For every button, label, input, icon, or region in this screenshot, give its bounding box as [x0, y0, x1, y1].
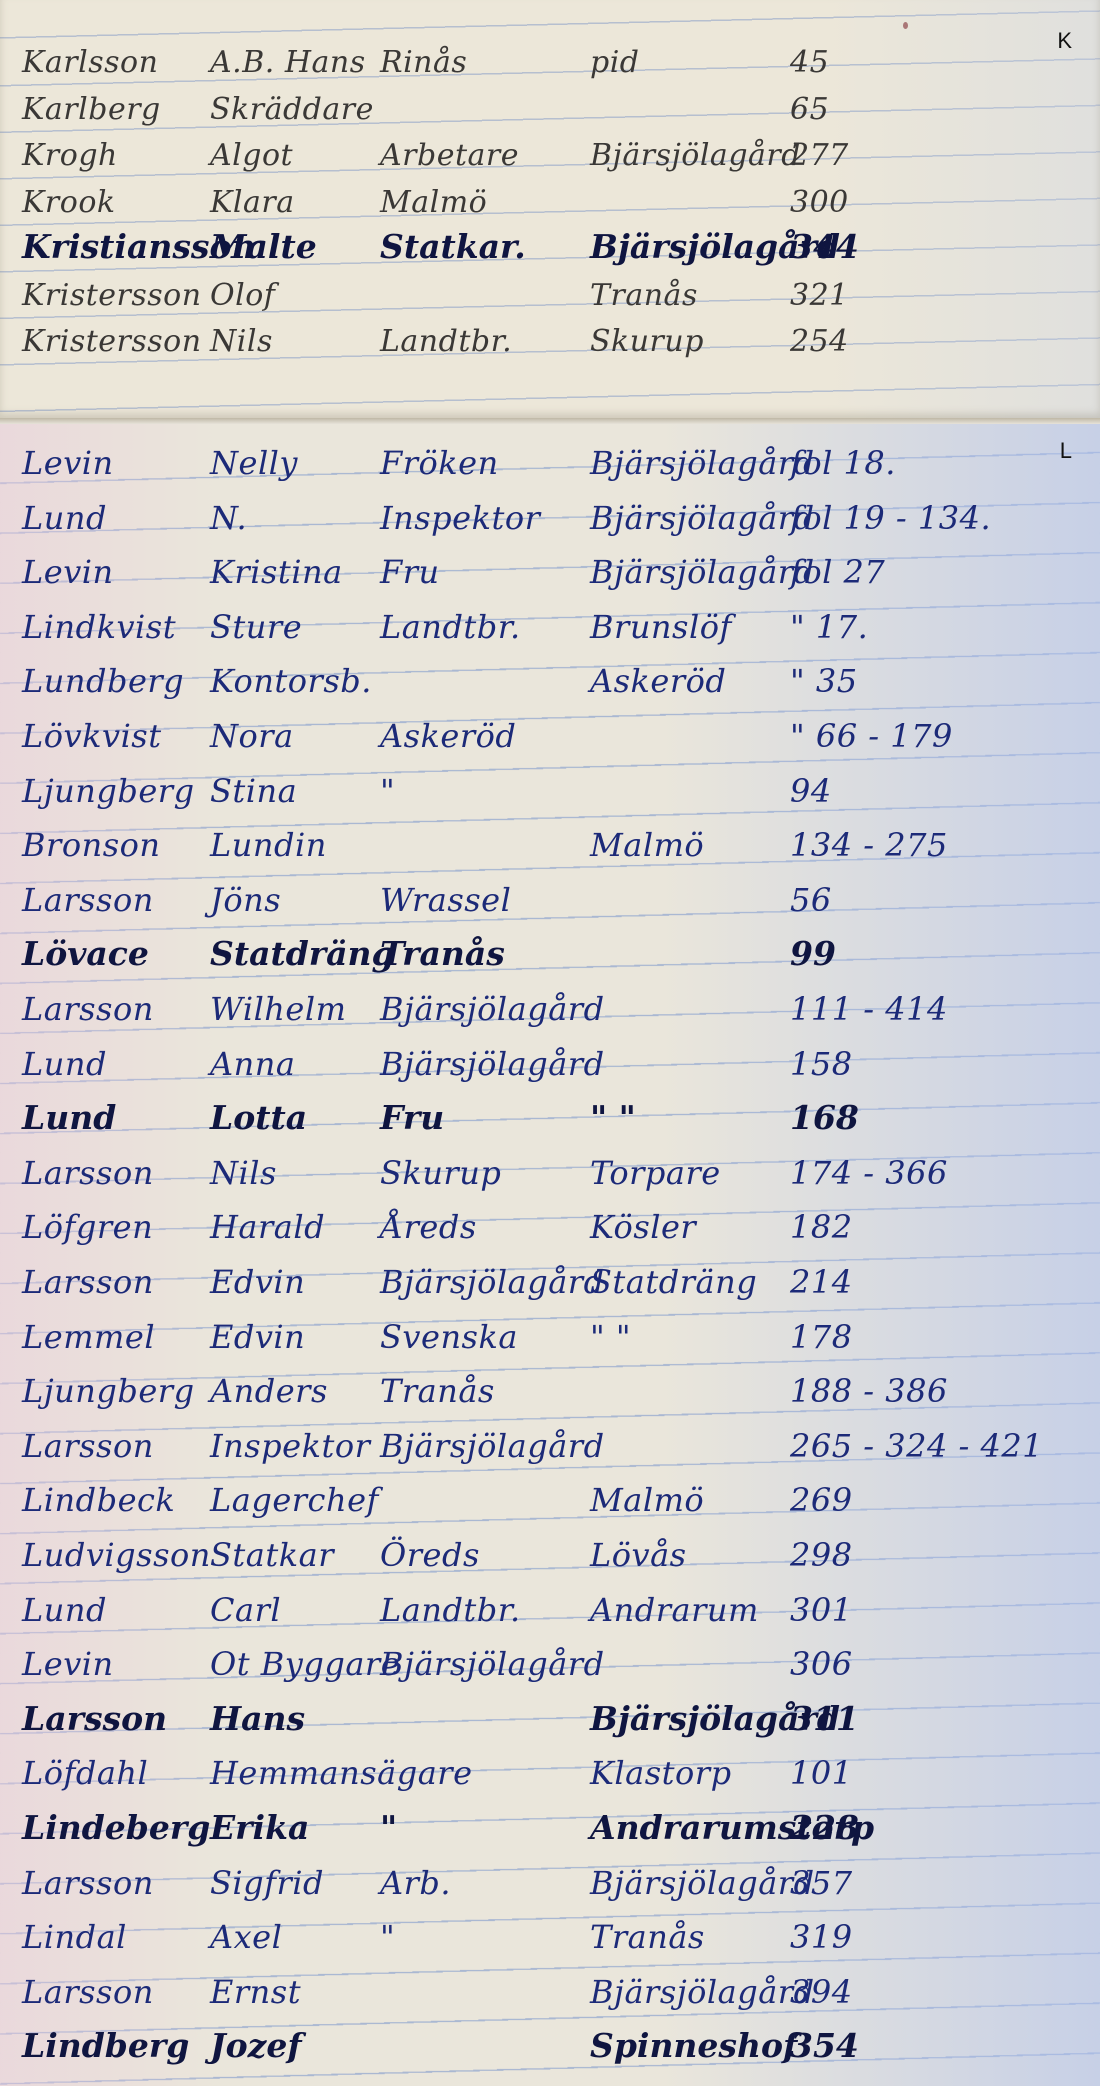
- entry-given: N.: [210, 499, 247, 537]
- entry-title: Tranås: [380, 1372, 495, 1410]
- entry-surname: Larsson: [22, 1864, 154, 1902]
- register-entry: LarssonEdvinBjärsjölagårdStatdräng214: [0, 1257, 1100, 1307]
- entry-place: Statdräng: [590, 1263, 757, 1301]
- register-entry: LöfdahlHemmansägareKlastorp101: [0, 1748, 1100, 1798]
- entry-given: Jöns: [210, 881, 281, 919]
- entry-surname: Lindberg: [22, 2026, 189, 2065]
- register-entry: LindebergErika"Andrarumstorp228: [0, 1803, 1100, 1853]
- entry-place: Askeröd: [590, 662, 726, 700]
- entry-given: Harald: [210, 1208, 325, 1246]
- register-entry: KarlssonA.B. HansRinåspid45: [0, 36, 1100, 86]
- entry-ref: 45: [790, 45, 829, 80]
- entry-surname: Levin: [22, 1645, 114, 1683]
- entry-given: Nils: [210, 324, 273, 359]
- register-entry: LundAnnaBjärsjölagård158: [0, 1039, 1100, 1089]
- entry-ref: 298: [790, 1536, 853, 1574]
- entry-ref: 56: [790, 881, 832, 919]
- entry-given: Olof: [210, 278, 275, 313]
- entry-place: Brunslöf: [590, 608, 732, 646]
- register-entry: LjungbergStina"94: [0, 766, 1100, 816]
- entry-place: Malmö: [590, 826, 704, 864]
- register-entry: LevinKristinaFruBjärsjölagårdfol 27: [0, 547, 1100, 597]
- register-entry: LarssonInspektorBjärsjölagård265 - 324 -…: [0, 1421, 1100, 1471]
- entry-surname: Larsson: [22, 1263, 154, 1301]
- entry-surname: Krogh: [22, 138, 118, 173]
- entry-given: Wilhelm: [210, 990, 346, 1028]
- entry-title: Bjärsjölagård: [380, 1427, 605, 1465]
- register-entry: LarssonNilsSkurupTorpare174 - 366: [0, 1148, 1100, 1198]
- entry-ref: 265 - 324 - 421: [790, 1427, 1043, 1465]
- entry-given: Jozef: [210, 2026, 302, 2065]
- entry-surname: Lund: [22, 1098, 116, 1137]
- entry-ref: 178: [790, 1318, 853, 1356]
- entry-title: Landtbr.: [380, 1591, 521, 1629]
- entry-place: Spinneshof: [590, 2026, 797, 2065]
- entry-title: ": [380, 1918, 395, 1956]
- entry-given: Algot: [210, 138, 293, 173]
- entry-surname: Lemmel: [22, 1318, 155, 1356]
- entry-surname: Larsson: [22, 1154, 154, 1192]
- entry-given: Klara: [210, 185, 295, 220]
- entry-surname: Ludvigsson: [22, 1536, 211, 1574]
- register-entry: LundCarlLandtbr.Andrarum301: [0, 1585, 1100, 1635]
- entry-given: Kristina: [210, 553, 343, 591]
- entry-title: Inspektor: [380, 499, 540, 537]
- entry-surname: Bronson: [22, 826, 160, 864]
- entry-ref: 269: [790, 1481, 853, 1519]
- register-entry: KristerssonOlofTranås321: [0, 269, 1100, 319]
- entry-ref: 300: [790, 185, 849, 220]
- entry-surname: Krook: [22, 185, 116, 220]
- entry-given: Edvin: [210, 1263, 305, 1301]
- entry-ref: 101: [790, 1754, 853, 1792]
- entry-ref: 111 - 414: [790, 990, 948, 1028]
- register-entry: KrookKlaraMalmö300: [0, 176, 1100, 226]
- entry-ref: 311: [790, 1699, 859, 1738]
- register-entry: LundN.InspektorBjärsjölagårdfol 19 - 134…: [0, 493, 1100, 543]
- register-entry: LarssonHansBjärsjölagård311: [0, 1694, 1100, 1744]
- entry-place: Lövås: [590, 1536, 687, 1574]
- entry-place: " ": [590, 1318, 631, 1356]
- entry-place: Skurup: [590, 324, 704, 359]
- entry-surname: Karlsson: [22, 45, 158, 80]
- entry-surname: Lövace: [22, 934, 149, 973]
- entry-title: Tranås: [380, 934, 505, 973]
- entry-surname: Larsson: [22, 990, 154, 1028]
- entry-given: Statkar: [210, 1536, 334, 1574]
- entry-place: Bjärsjölagård: [590, 444, 815, 482]
- entry-place: Torpare: [590, 1154, 721, 1192]
- register-entry: BronsonLundinMalmö134 - 275: [0, 820, 1100, 870]
- entry-ref: 188 - 386: [790, 1372, 948, 1410]
- register-entry: LundbergKontorsb.Askeröd" 35: [0, 656, 1100, 706]
- entry-given: Nils: [210, 1154, 277, 1192]
- register-entry: LevinOt ByggareBjärsjölagård306: [0, 1639, 1100, 1689]
- register-entry: LöfgrenHaraldÅredsKösler182: [0, 1202, 1100, 1252]
- entry-place: Bjärsjölagård: [590, 138, 801, 173]
- entry-surname: Lund: [22, 1591, 107, 1629]
- entry-ref: 319: [790, 1918, 853, 1956]
- entry-ref: 394: [790, 1973, 853, 2011]
- entry-place: Klastorp: [590, 1754, 732, 1792]
- entry-title: ": [380, 1808, 397, 1847]
- entry-surname: Karlberg: [22, 92, 161, 127]
- entry-ref: 99: [790, 934, 836, 973]
- entry-surname: Larsson: [22, 1699, 167, 1738]
- register-entry: LemmelEdvinSvenska" "178: [0, 1312, 1100, 1362]
- entry-given: Malte: [210, 227, 317, 266]
- entry-given: Lagerchef: [210, 1481, 379, 1519]
- entry-surname: Levin: [22, 553, 114, 591]
- entry-given: Anders: [210, 1372, 328, 1410]
- register-entry: LindbergJozefSpinneshof354: [0, 2021, 1100, 2071]
- entry-ref: 301: [790, 1591, 853, 1629]
- entry-place: pid: [590, 45, 640, 80]
- register-entry: LjungbergAndersTranås188 - 386: [0, 1366, 1100, 1416]
- entry-place: Tranås: [590, 278, 698, 313]
- entry-title: Öreds: [380, 1536, 480, 1574]
- entry-title: Bjärsjölagård: [380, 1263, 605, 1301]
- entry-given: Inspektor: [210, 1427, 370, 1465]
- entry-surname: Löfdahl: [22, 1754, 148, 1792]
- entry-place: Tranås: [590, 1918, 705, 1956]
- entry-surname: Lund: [22, 1045, 107, 1083]
- entry-place: Bjärsjölagård: [590, 1973, 815, 2011]
- entry-ref: 168: [790, 1098, 859, 1137]
- register-entry: KristerssonNilsLandtbr.Skurup254: [0, 315, 1100, 365]
- entry-given: Sture: [210, 608, 302, 646]
- entry-title: Fru: [380, 553, 440, 591]
- entry-surname: Ljungberg: [22, 1372, 195, 1410]
- entry-title: Svenska: [380, 1318, 518, 1356]
- entry-ref: 94: [790, 772, 832, 810]
- entry-ref: 228: [790, 1808, 859, 1847]
- entry-place: Malmö: [590, 1481, 704, 1519]
- entry-given: Hans: [210, 1699, 305, 1738]
- entry-ref: 158: [790, 1045, 853, 1083]
- entry-surname: Levin: [22, 444, 114, 482]
- entry-ref: 65: [790, 92, 829, 127]
- entry-given: Lundin: [210, 826, 327, 864]
- entry-surname: Lindal: [22, 1918, 127, 1956]
- entry-given: Edvin: [210, 1318, 305, 1356]
- register-entry: LarssonSigfridArb.Bjärsjölagård357: [0, 1858, 1100, 1908]
- entry-title: Rinås: [380, 45, 467, 80]
- entry-given: A.B. Hans: [210, 45, 366, 80]
- entry-ref: fol 18.: [790, 444, 896, 482]
- entry-given: Statdräng: [210, 934, 395, 973]
- register-entry: LudvigssonStatkarÖredsLövås298: [0, 1530, 1100, 1580]
- entry-surname: Lindkvist: [22, 608, 176, 646]
- entry-surname: Larsson: [22, 1427, 154, 1465]
- entry-title: Askeröd: [380, 717, 516, 755]
- entry-ref: 174 - 366: [790, 1154, 948, 1192]
- entry-surname: Lundberg: [22, 662, 184, 700]
- entry-ref: 134 - 275: [790, 826, 948, 864]
- entry-title: Landtbr.: [380, 324, 512, 359]
- entry-ref: 277: [790, 138, 849, 173]
- entry-title: Fru: [380, 1098, 444, 1137]
- entry-given: Nelly: [210, 444, 298, 482]
- entry-ref: 214: [790, 1263, 853, 1301]
- entry-given: Ot Byggare: [210, 1645, 400, 1683]
- register-entry: LarssonErnstBjärsjölagård394: [0, 1967, 1100, 2017]
- entry-ref: 254: [790, 324, 849, 359]
- entry-surname: Kristersson: [22, 278, 202, 313]
- entry-given: Anna: [210, 1045, 295, 1083]
- entry-given: Stina: [210, 772, 297, 810]
- register-entry: KroghAlgotArbetareBjärsjölagård277: [0, 129, 1100, 179]
- entry-surname: Lövkvist: [22, 717, 162, 755]
- entry-ref: fol 27: [790, 553, 885, 591]
- entry-surname: Kristersson: [22, 324, 202, 359]
- register-entry: LövaceStatdrängTranås99: [0, 929, 1100, 979]
- entry-given: Skräddare: [210, 92, 374, 127]
- entry-ref: " 66 - 179: [790, 717, 953, 755]
- entry-surname: Löfgren: [22, 1208, 153, 1246]
- entry-given: Lotta: [210, 1098, 307, 1137]
- entry-ref: 182: [790, 1208, 853, 1246]
- entry-given: Sigfrid: [210, 1864, 324, 1902]
- entry-surname: Larsson: [22, 881, 154, 919]
- register-entry: KristianssonMalteStatkar.Bjärsjölagård34…: [0, 222, 1100, 272]
- entry-title: Wrassel: [380, 881, 511, 919]
- entry-place: Bjärsjölagård: [590, 553, 815, 591]
- entry-title: ": [380, 772, 395, 810]
- entry-ref: " 35: [790, 662, 858, 700]
- entry-given: Axel: [210, 1918, 282, 1956]
- entry-title: Arbetare: [380, 138, 519, 173]
- entry-place: " ": [590, 1098, 636, 1137]
- entry-given: Nora: [210, 717, 294, 755]
- entry-place: Kösler: [590, 1208, 696, 1246]
- register-sheet-k: K KarlssonA.B. HansRinåspid45KarlbergSkr…: [0, 0, 1100, 420]
- paper-speck: [903, 22, 908, 29]
- entry-given: Erika: [210, 1808, 309, 1847]
- entry-title: Bjärsjölagård: [380, 1045, 605, 1083]
- entry-title: Bjärsjölagård: [380, 990, 605, 1028]
- register-entry: LarssonWilhelmBjärsjölagård111 - 414: [0, 984, 1100, 1034]
- entry-title: Bjärsjölagård: [380, 1645, 605, 1683]
- register-entry: LindkvistStureLandtbr.Brunslöf" 17.: [0, 602, 1100, 652]
- entry-ref: 354: [790, 2026, 859, 2065]
- entry-title: Åreds: [380, 1208, 477, 1246]
- entry-given: Ernst: [210, 1973, 301, 2011]
- register-entry: LevinNellyFrökenBjärsjölagårdfol 18.: [0, 438, 1100, 488]
- entry-ref: " 17.: [790, 608, 868, 646]
- entry-title: Fröken: [380, 444, 499, 482]
- entry-title: Statkar.: [380, 227, 526, 266]
- entry-place: Andrarum: [590, 1591, 759, 1629]
- entry-given: Hemmansägare: [210, 1754, 473, 1792]
- entry-ref: fol 19 - 134.: [790, 499, 991, 537]
- entry-ref: 344: [790, 227, 859, 266]
- register-entry: LarssonJönsWrassel56: [0, 875, 1100, 925]
- entry-surname: Larsson: [22, 1973, 154, 2011]
- register-entry: KarlbergSkräddare65: [0, 83, 1100, 133]
- entry-title: Arb.: [380, 1864, 451, 1902]
- entry-title: Landtbr.: [380, 608, 521, 646]
- register-entry: LundLottaFru" "168: [0, 1093, 1100, 1143]
- entry-ref: 321: [790, 278, 849, 313]
- entry-surname: Lund: [22, 499, 107, 537]
- entry-title: Skurup: [380, 1154, 501, 1192]
- entry-surname: Ljungberg: [22, 772, 195, 810]
- entry-given: Carl: [210, 1591, 281, 1629]
- register-entry: LövkvistNoraAskeröd" 66 - 179: [0, 711, 1100, 761]
- entry-ref: 357: [790, 1864, 853, 1902]
- register-entry: LindalAxel"Tranås319: [0, 1912, 1100, 1962]
- entry-surname: Lindeberg: [22, 1808, 210, 1847]
- entry-place: Bjärsjölagård: [590, 1864, 815, 1902]
- register-sheet-l: L LevinNellyFrökenBjärsjölagårdfol 18.Lu…: [0, 424, 1100, 2086]
- entry-place: Bjärsjölagård: [590, 499, 815, 537]
- entry-title: Malmö: [380, 185, 487, 220]
- entry-surname: Lindbeck: [22, 1481, 175, 1519]
- register-entry: LindbeckLagerchefMalmö269: [0, 1475, 1100, 1525]
- entry-ref: 306: [790, 1645, 853, 1683]
- entry-given: Kontorsb.: [210, 662, 372, 700]
